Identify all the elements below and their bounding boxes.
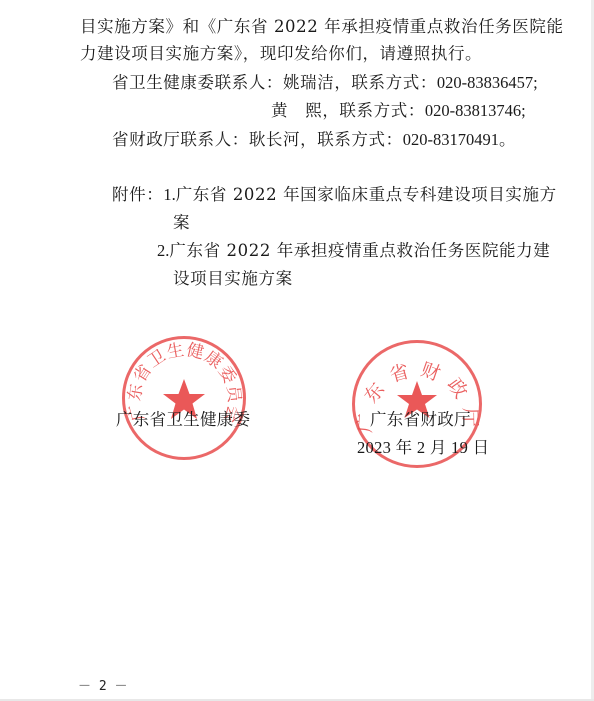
seal-health-commission-icon: 广东省卫生健康委员会 [125, 339, 243, 457]
issuer-health-commission: 广东省卫生健康委 [116, 410, 250, 430]
contact-name: 黄 熙 [271, 101, 322, 120]
document-page: 目实施方案》和《广东省 2022 年承担疫情重点救治任务医院能 力建设项目实施方… [0, 0, 594, 701]
contact-health-commission-1: 省卫生健康委联系人：姚瑞洁，联系方式：020-83836457; [112, 73, 538, 93]
contact-label: 省财政厅联系人： [112, 130, 249, 149]
phone-number: 020-83813746; [425, 101, 526, 120]
contact-finance-department: 省财政厅联系人：耿长河，联系方式：020-83170491。 [112, 130, 515, 150]
phone-number: 020-83170491。 [403, 130, 516, 149]
contact-name: 耿长河 [249, 130, 300, 149]
attachment-item-1-cont: 案 [173, 213, 190, 233]
issue-date: 2023 年 2 月 19 日 [357, 438, 489, 458]
contact-label: 省卫生健康委联系人： [112, 73, 283, 92]
contact-health-commission-2: 黄 熙，联系方式：020-83813746; [271, 101, 526, 121]
phone-number: 020-83836457; [437, 73, 538, 92]
attachment-number: 1. [163, 185, 175, 204]
attachment-number: 2. [157, 241, 169, 260]
phone-label: 联系方式： [317, 130, 403, 149]
attachments-label: 附件： [112, 185, 163, 204]
phone-label: 联系方式： [339, 101, 425, 120]
attachment-title: 广东省 2022 年国家临床重点专科建设项目实施方 [176, 185, 557, 204]
issuer-finance-department: 广东省财政厅 [370, 410, 471, 430]
attachment-item-1: 附件：1.广东省 2022 年国家临床重点专科建设项目实施方 [112, 185, 557, 205]
official-seal-health-commission: 广东省卫生健康委员会 [122, 336, 246, 460]
body-line-1: 目实施方案》和《广东省 2022 年承担疫情重点救治任务医院能 [80, 17, 564, 37]
contact-name: 姚瑞洁 [283, 73, 334, 92]
attachment-item-2: 2.广东省 2022 年承担疫情重点救治任务医院能力建 [157, 241, 550, 261]
phone-label: 联系方式： [351, 73, 437, 92]
page-number: － 2 － [78, 675, 127, 694]
attachment-item-2-cont: 设项目实施方案 [173, 269, 293, 289]
body-line-2: 力建设项目实施方案》，现印发给你们，请遵照执行。 [80, 44, 482, 64]
attachment-title: 广东省 2022 年承担疫情重点救治任务医院能力建 [169, 241, 550, 260]
